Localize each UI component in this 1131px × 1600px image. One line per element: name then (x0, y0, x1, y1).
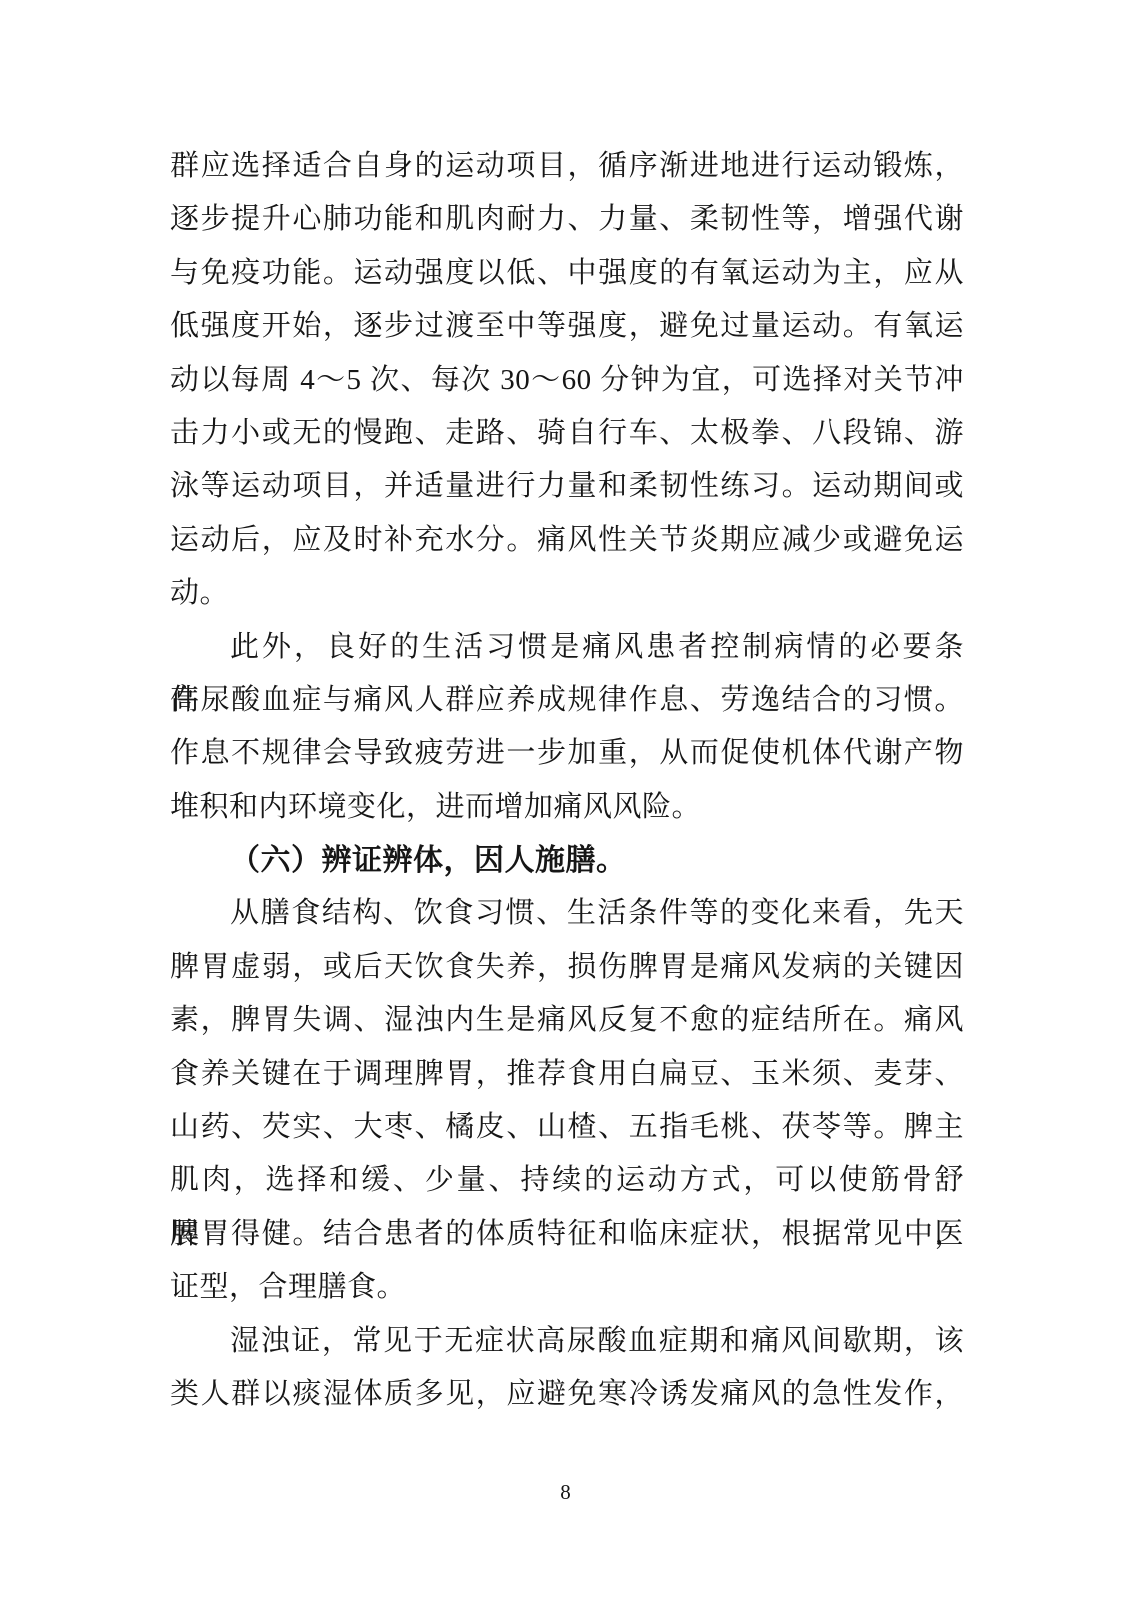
text-line: 证型，合理膳食。 (170, 1261, 964, 1314)
text-line: 从膳食结构、饮食习惯、生活条件等的变化来看，先天 (170, 887, 964, 940)
text-line: 与免疫功能。运动强度以低、中强度的有氧运动为主，应从 (170, 247, 964, 300)
page-number: 8 (0, 1478, 1131, 1506)
text-line: 类人群以痰湿体质多见，应避免寒冷诱发痛风的急性发作， (170, 1368, 964, 1421)
text-line: 动。 (170, 567, 964, 620)
document-body: 群应选择适合自身的运动项目，循序渐进地进行运动锻炼，逐步提升心肺功能和肌肉耐力、… (170, 140, 964, 1421)
text-line: 山药、芡实、大枣、橘皮、山楂、五指毛桃、茯苓等。脾主 (170, 1101, 964, 1154)
text-line: 堆积和内环境变化，进而增加痛风风险。 (170, 781, 964, 834)
text-line: 高尿酸血症与痛风人群应养成规律作息、劳逸结合的习惯。 (170, 674, 964, 727)
text-line: 群应选择适合自身的运动项目，循序渐进地进行运动锻炼， (170, 140, 964, 193)
text-line: 泳等运动项目，并适量进行力量和柔韧性练习。运动期间或 (170, 460, 964, 513)
text-line: 动以每周 4～5 次、每次 30～60 分钟为宜，可选择对关节冲 (170, 354, 964, 407)
text-line: 脾胃虚弱，或后天饮食失养，损伤脾胃是痛风发病的关键因 (170, 941, 964, 994)
text-line: 肌肉，选择和缓、少量、持续的运动方式，可以使筋骨舒展， (170, 1154, 964, 1207)
text-line: 此外，良好的生活习惯是痛风患者控制病情的必要条件。 (170, 621, 964, 674)
text-line: 素，脾胃失调、湿浊内生是痛风反复不愈的症结所在。痛风 (170, 994, 964, 1047)
text-line: 湿浊证，常见于无症状高尿酸血症期和痛风间歇期，该 (170, 1315, 964, 1368)
document-page: 群应选择适合自身的运动项目，循序渐进地进行运动锻炼，逐步提升心肺功能和肌肉耐力、… (0, 0, 1131, 1600)
text-line: 脾胃得健。结合患者的体质特征和临床症状，根据常见中医 (170, 1208, 964, 1261)
text-line: 食养关键在于调理脾胃，推荐食用白扁豆、玉米须、麦芽、 (170, 1048, 964, 1101)
text-line: 低强度开始，逐步过渡至中等强度，避免过量运动。有氧运 (170, 300, 964, 353)
section-heading: （六）辨证辨体，因人施膳。 (170, 834, 964, 887)
text-line: 运动后，应及时补充水分。痛风性关节炎期应减少或避免运 (170, 514, 964, 567)
text-line: 击力小或无的慢跑、走路、骑自行车、太极拳、八段锦、游 (170, 407, 964, 460)
text-line: 作息不规律会导致疲劳进一步加重，从而促使机体代谢产物 (170, 727, 964, 780)
text-line: 逐步提升心肺功能和肌肉耐力、力量、柔韧性等，增强代谢 (170, 193, 964, 246)
